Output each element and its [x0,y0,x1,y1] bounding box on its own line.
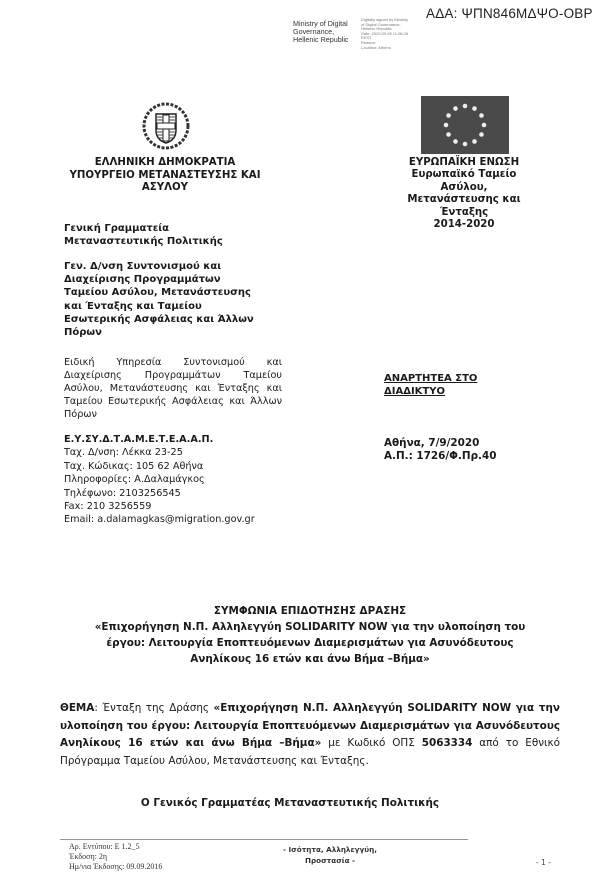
republic-ministry-header: ΕΛΛΗΝΙΚΗ ΔΗΜΟΚΡΑΤΙΑ ΥΠΟΥΡΓΕΙΟ ΜΕΤΑΝΑΣΤΕΥ… [60,157,270,195]
eu-header-line: 2014-2020 [375,219,553,231]
directorate: Γεν. Δ/νση Συντονισμού και Διαχείρισης Π… [64,260,314,339]
eu-fund-header: ΕΥΡΩΠΑΪΚΗ ΕΝΩΣΗ Ευρωπαϊκό Ταμείο Ασύλου,… [375,157,553,231]
document-date: Αθήνα, 7/9/2020 [384,437,496,450]
notice-line: ΔΙΑΔΙΚΤΥΟ [384,385,477,398]
eu-header-line: Ασύλου, [375,182,553,194]
subject-paragraph: ΘΕΜΑ: Ένταξη της Δράσης «Επιχορήγηση Ν.Π… [60,700,560,770]
date-and-protocol: Αθήνα, 7/9/2020 Α.Π.: 1726/Φ.Πρ.40 [384,437,496,464]
directorate-line: Γεν. Δ/νση Συντονισμού και [64,260,314,273]
ada-code: ΑΔΑ: ΨΠΝ846ΜΔΨΟ-ΟΒΡ [426,6,593,21]
post-online-notice: ΑΝΑΡΤΗΤΕΑ ΣΤΟ ΔΙΑΔΙΚΤΥΟ [384,372,477,398]
edition-date: Ημ/νια Έκδοσης: 09.09.2016 [69,862,162,872]
subject-code-text: με Κωδικό ΟΠΣ [321,737,421,749]
contact-block: Ε.Υ.ΣΥ.Δ.Τ.Α.Μ.Ε.Τ.Ε.Α.Α.Π. Ταχ. Δ/νση: … [64,433,255,527]
motto-line: Προστασία - [270,856,390,867]
secretariat-line: Μεταναστευτικής Πολιτικής [64,235,223,248]
subject-label: ΘΕΜΑ [60,702,94,714]
subject-intro: : Ένταξη της Δράσης [94,702,213,714]
edition: Έκδοση: 2η [69,852,162,862]
secretariat-line: Γενική Γραμματεία [64,222,223,235]
agreement-line: Ανηλίκους 16 ετών και άνω Βήμα –Βήμα» [60,651,560,667]
agreement-line: έργου: Λειτουργία Εποπτευόμενων Διαμερισ… [60,635,560,651]
agreement-title-block: ΣΥΜΦΩΝΙΑ ΕΠΙΔΟΤΗΣΗΣ ΔΡΑΣΗΣ «Επιχορήγηση … [60,603,560,667]
motto-line: - Ισότητα, Αλληλεγγύη, [270,845,390,856]
information-contact: Πληροφορίες: Α.Δαλαμάγκος [64,473,255,486]
service-code: Ε.Υ.ΣΥ.Δ.Τ.Α.Μ.Ε.Τ.Ε.Α.Α.Π. [64,433,255,446]
directorate-line: Διαχείρισης Προγραμμάτων [64,273,314,286]
footer-divider [60,839,468,840]
footer-form-info: Αρ. Εντύπου: Ε 1.2_5 Έκδοση: 2η Ημ/νια Έ… [69,842,162,873]
agreement-line: «Επιχορήγηση Ν.Π. Αλληλεγγύη SOLIDARITY … [60,619,560,635]
page-number: - 1 - [536,858,551,867]
phone: Τηλέφωνο: 2103256545 [64,487,255,500]
postal-code: Ταχ. Κώδικας: 105 62 Αθήνα [64,460,255,473]
header-line: ΥΠΟΥΡΓΕΙΟ ΜΕΤΑΝΑΣΤΕΥΣΗΣ ΚΑΙ [60,170,270,183]
signature-detail-line: Location: Athens [361,46,421,51]
eu-header-line: ΕΥΡΩΠΑΪΚΗ ΕΝΩΣΗ [375,157,553,169]
fax: Fax: 210 3256559 [64,500,255,513]
directorate-line: Πόρων [64,326,314,339]
eu-header-line: Ευρωπαϊκό Ταμείο [375,169,553,181]
eu-header-line: Μετανάστευσης και [375,194,553,206]
signer-line: Hellenic Republic [293,36,349,44]
ops-code: 5063334 [422,737,473,749]
email: Email: a.dalamagkas@migration.gov.gr [64,513,255,526]
digital-signer: Ministry of Digital Governance, Hellenic… [293,20,349,44]
digital-signature-details: Digitally signed by Ministry of Digital … [361,18,421,50]
directorate-line: Εσωτερικής Ασφάλειας και Άλλων [64,313,314,326]
greek-coat-of-arms-icon [140,100,192,152]
directorate-line: Ταμείου Ασύλου, Μετανάστευσης [64,286,314,299]
eu-header-line: Ένταξης [375,207,553,219]
header-line: ΕΛΛΗΝΙΚΗ ΔΗΜΟΚΡΑΤΙΑ [60,157,270,170]
signatory: Ο Γενικός Γραμματέας Μεταναστευτικής Πολ… [60,797,520,809]
directorate-line: και Ένταξης και Ταμείου [64,300,314,313]
notice-line: ΑΝΑΡΤΗΤΕΑ ΣΤΟ [384,372,477,385]
agreement-title: ΣΥΜΦΩΝΙΑ ΕΠΙΔΟΤΗΣΗΣ ΔΡΑΣΗΣ [60,603,560,619]
postal-address: Ταχ. Δ/νση: Λέκκα 23-25 [64,446,255,459]
general-secretariat: Γενική Γραμματεία Μεταναστευτικής Πολιτι… [64,222,223,248]
special-service: Ειδική Υπηρεσία Συντονισμού και Διαχείρι… [64,356,282,421]
footer-motto: - Ισότητα, Αλληλεγγύη, Προστασία - [270,845,390,866]
form-number: Αρ. Εντύπου: Ε 1.2_5 [69,842,162,852]
header-line: ΑΣΥΛΟΥ [60,182,270,195]
protocol-number: Α.Π.: 1726/Φ.Πρ.40 [384,450,496,463]
eu-flag-icon [421,96,509,154]
